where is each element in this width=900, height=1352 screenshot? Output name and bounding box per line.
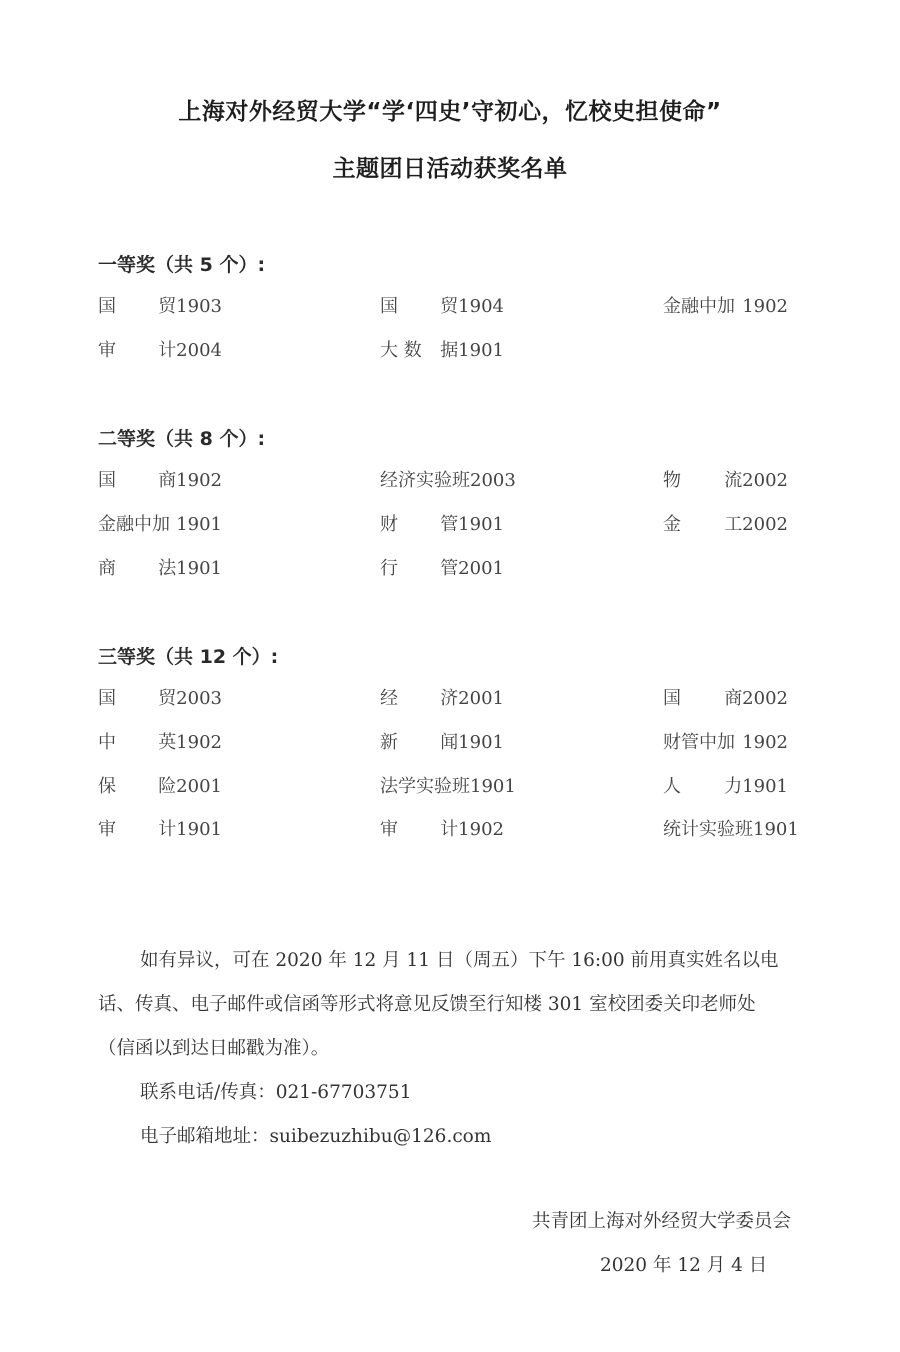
award-entry: 行管2001 [380,554,504,580]
notice-line-1: 如有异议，可在 2020 年 12 月 11 日（周五）下午 16:00 前用真… [140,946,870,972]
entry-class: 济2001 [440,684,504,710]
award-entry: 审计1902 [380,815,504,841]
award-entry: 国商1902 [98,466,222,492]
entry-major: 保 [98,772,116,798]
award-row: 商法1901 行管2001 [0,554,900,584]
award-entry: 国商2002 [663,684,788,710]
award-row: 国贸2003 经济2001 国商2002 [0,684,900,714]
document-subtitle: 主题团日活动获奖名单 [0,150,900,183]
contact-phone: 联系电话/传真：021-67703751 [140,1078,870,1104]
entry-class: 商2002 [724,684,788,710]
entry-major: 法学实验班 [380,772,470,798]
entry-major: 人 [663,772,681,798]
phone-label: 联系电话/传真： [140,1082,276,1103]
award-entry: 商法1901 [98,554,222,580]
entry-major: 经 [380,684,398,710]
entry-major: 经济实验班 [380,466,470,492]
section-heading-second-prize: 二等奖（共 8 个）: [98,424,265,451]
entry-major: 商 [98,554,116,580]
signature-date: 2020 年 12 月 4 日 [600,1251,767,1277]
award-entry: 物流2002 [663,466,788,492]
entry-class: 计1902 [440,815,504,841]
entry-class: 计1901 [158,815,222,841]
entry-major: 财 [380,510,398,536]
award-row: 保险2001 法学实验班1901 人力1901 [0,772,900,802]
award-row: 审计1901 审计1902 统计实验班1901 [0,815,900,845]
award-entry: 保险2001 [98,772,222,798]
entry-class: 1901 [470,776,516,797]
entry-class: 贸2003 [158,684,222,710]
award-entry: 经济2001 [380,684,504,710]
award-row: 国贸1903 国贸1904 金融中加1902 [0,292,900,322]
entry-class: 流2002 [724,466,788,492]
award-entry: 中英1902 [98,728,222,754]
entry-class: 管2001 [440,554,504,580]
award-entry: 法学实验班1901 [380,772,504,798]
entry-major: 新 [380,728,398,754]
entry-major: 审 [98,336,116,362]
entry-major: 金融中加 [663,292,735,318]
award-entry: 国贸1903 [98,292,222,318]
email-address[interactable]: suibezuzhibu@126.com [270,1126,492,1147]
entry-major: 大 数 [380,336,422,362]
entry-class: 工2002 [724,510,788,536]
signature-org: 共青团上海对外经贸大学委员会 [532,1207,791,1233]
award-entry: 经济实验班2003 [380,466,504,492]
award-entry: 金融中加1901 [98,510,222,536]
award-entry: 统计实验班1901 [663,815,788,841]
section-heading-first-prize: 一等奖（共 5 个）: [98,250,265,277]
entry-class: 闻1901 [440,728,504,754]
entry-major: 财管中加 [663,728,735,754]
entry-major: 中 [98,728,116,754]
notice-line-2: 话、传真、电子邮件或信函等形式将意见反馈至行知楼 301 室校团委关印老师处 [98,990,828,1016]
entry-class: 贸1903 [158,292,222,318]
email-label: 电子邮箱地址： [140,1126,270,1147]
entry-class: 贸1904 [440,292,504,318]
award-entry: 国贸2003 [98,684,222,710]
entry-major: 审 [380,815,398,841]
award-entry: 审计1901 [98,815,222,841]
entry-major: 金融中加 [98,510,170,536]
entry-class: 据1901 [440,336,504,362]
section-heading-third-prize: 三等奖（共 12 个）: [98,642,278,669]
entry-class: 2003 [470,470,516,491]
entry-class: 1901 [753,819,799,840]
award-entry: 大 数据1901 [380,336,504,362]
entry-major: 国 [663,684,681,710]
entry-major: 金 [663,510,681,536]
award-row: 中英1902 新闻1901 财管中加1902 [0,728,900,758]
award-entry: 财管1901 [380,510,504,536]
entry-major: 行 [380,554,398,580]
award-entry: 国贸1904 [380,292,504,318]
entry-class: 管1901 [440,510,504,536]
award-row: 金融中加1901 财管1901 金工2002 [0,510,900,540]
phone-number: 021-67703751 [276,1082,412,1103]
entry-class: 商1902 [158,466,222,492]
award-entry: 金工2002 [663,510,788,536]
entry-class: 英1902 [158,728,222,754]
entry-major: 国 [380,292,398,318]
award-row: 审计2004 大 数据1901 [0,336,900,366]
award-entry: 财管中加1902 [663,728,788,754]
contact-email: 电子邮箱地址：suibezuzhibu@126.com [140,1122,870,1148]
award-entry: 审计2004 [98,336,222,362]
document-title: 上海对外经贸大学“学‘四史’守初心，忆校史担使命” [0,93,900,126]
entry-major: 审 [98,815,116,841]
award-row: 国商1902 经济实验班2003 物流2002 [0,466,900,496]
entry-class: 法1901 [158,554,222,580]
award-entry: 金融中加1902 [663,292,788,318]
entry-class: 1901 [176,514,222,535]
notice-line-3: （信函以到达日邮戳为准）。 [98,1034,828,1060]
entry-major: 国 [98,466,116,492]
entry-major: 国 [98,292,116,318]
entry-class: 1902 [742,732,788,753]
award-entry: 新闻1901 [380,728,504,754]
entry-major: 物 [663,466,681,492]
entry-class: 计2004 [158,336,222,362]
entry-major: 国 [98,684,116,710]
entry-class: 力1901 [724,772,788,798]
entry-class: 险2001 [158,772,222,798]
entry-class: 1902 [742,296,788,317]
award-entry: 人力1901 [663,772,788,798]
entry-major: 统计实验班 [663,815,753,841]
